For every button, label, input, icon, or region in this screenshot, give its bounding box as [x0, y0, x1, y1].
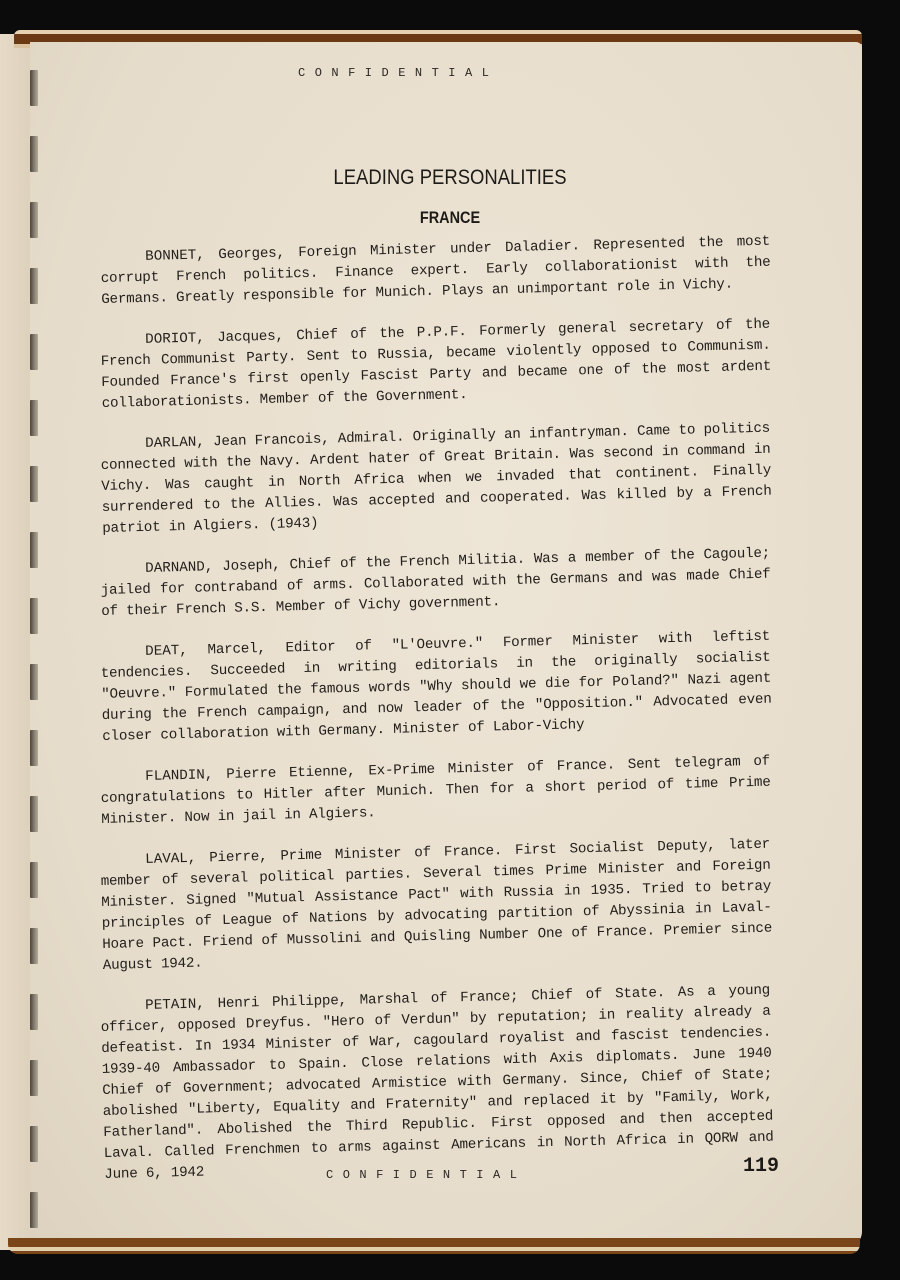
entry-name: FLANDIN, — [145, 767, 213, 785]
entry-doriot: DORIOT, Jacques, Chief of the P.P.F. For… — [100, 315, 772, 415]
entry-flandin: FLANDIN, Pierre Etienne, Ex-Prime Minist… — [100, 752, 771, 831]
entry-text: Pierre Etienne, Ex-Prime Minister of Fra… — [101, 754, 771, 828]
personalities-list: BONNET, Georges, Foreign Minister under … — [100, 234, 770, 1206]
entry-name: DORIOT, — [145, 331, 205, 348]
binder-cover-bottom — [8, 1238, 860, 1254]
entry-text: Marcel, Editor of "L'Oeuvre." Former Min… — [101, 629, 772, 745]
entry-petain: PETAIN, Henri Philippe, Marshal of Franc… — [100, 981, 774, 1186]
facing-page-edge — [0, 34, 34, 1250]
entry-name: DARNAND, — [145, 559, 213, 577]
entry-darlan: DARLAN, Jean Francois, Admiral. Original… — [100, 419, 772, 540]
entry-text: Georges, Foreign Minister under Daladier… — [101, 234, 771, 308]
entry-deat: DEAT, Marcel, Editor of "L'Oeuvre." Form… — [100, 627, 772, 748]
section-title: FRANCE — [68, 208, 833, 228]
entry-bonnet: BONNET, Georges, Foreign Minister under … — [100, 232, 771, 311]
entry-laval: LAVAL, Pierre, Prime Minister of France.… — [100, 835, 773, 977]
entry-text: Henri Philippe, Marshal of France; Chief… — [101, 983, 774, 1183]
entry-text: Joseph, Chief of the French Militia. Was… — [101, 546, 771, 620]
spiral-binding — [30, 70, 40, 1240]
entry-name: BONNET, — [145, 248, 205, 265]
entry-text: Pierre, Prime Minister of France. First … — [101, 837, 773, 974]
page-number: 119 — [743, 1155, 779, 1178]
confidential-header: CONFIDENTIAL — [298, 66, 498, 80]
entry-name: DARLAN, — [145, 435, 205, 452]
entry-name: DEAT, — [145, 643, 188, 660]
entry-darnand: DARNAND, Joseph, Chief of the French Mil… — [100, 544, 771, 623]
confidential-footer: CONFIDENTIAL — [326, 1168, 526, 1182]
entry-name: LAVAL, — [145, 851, 196, 868]
entry-name: PETAIN, — [145, 997, 205, 1014]
page-title: LEADING PERSONALITIES — [54, 166, 846, 190]
